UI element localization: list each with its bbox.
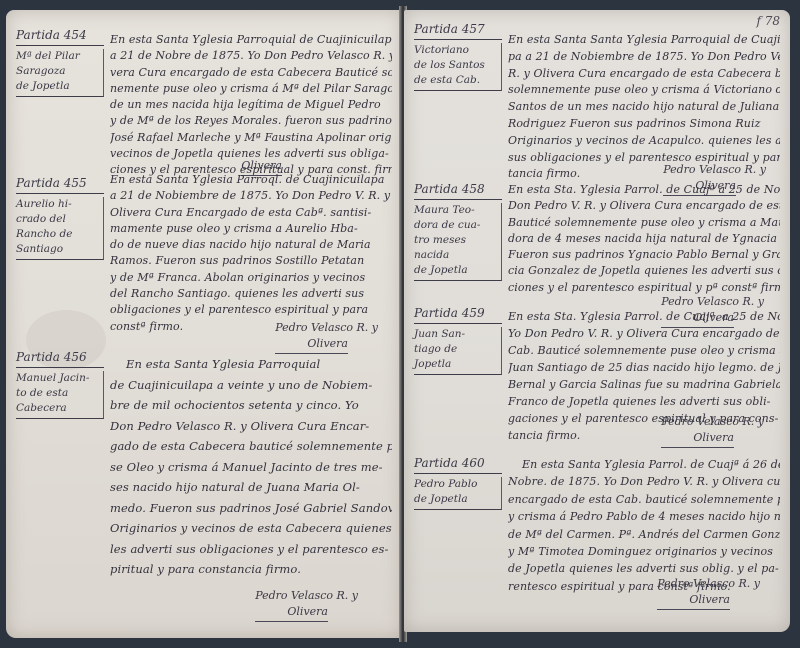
text-line: do de nueve dias nacido hijo natural de …: [110, 237, 392, 253]
signature-surname: Olivera: [255, 604, 328, 622]
signature-surname: Olivera: [275, 336, 348, 354]
text-line: obligaciones y el parentesco espiritual …: [110, 302, 392, 318]
text-line: de Mª del Carmen. Pª. Andrés del Carmen …: [508, 526, 780, 543]
text-line: Cab. Bauticé solemnemente puse oleo y cr…: [508, 342, 780, 359]
text-line: y crisma á Pedro Pablo de 4 meses nacido…: [508, 508, 780, 525]
text-line: Rodriguez Fueron sus padrinos Simona Rui…: [508, 116, 780, 133]
text-line: Bernal y Garcia Salinas fue su madrina G…: [508, 376, 780, 393]
text-line: Originarios y vecinos de esta Cabecera q…: [110, 518, 392, 539]
baptized-name: Aurelio hi- crado del Rancho de Santiago: [16, 197, 104, 260]
signature-name: Pedro Velasco R. y: [255, 589, 358, 602]
entry-text: En esta Santa Santa Yglesia Parroquial d…: [508, 32, 780, 183]
text-line: En esta Santa Santa Yglesia Parroquial d…: [508, 32, 780, 49]
partida-number: Partida 457: [414, 22, 502, 40]
text-line: En esta Sta. Yglesia Parrol. de Cuajª. a…: [508, 308, 780, 325]
baptized-name: Juan San- tiago de Jopetla: [414, 327, 502, 375]
entry-margin-note: Partida 458 Maura Teo- dora de cua- tro …: [414, 182, 502, 281]
text-line: Ramos. Fueron sus padrinos Sostillo Peta…: [110, 253, 392, 269]
folio-number: f 78: [756, 14, 780, 28]
text-line: a 21 de Nobre de 1875. Yo Don Pedro Vela…: [110, 48, 392, 64]
name-line: to de esta: [16, 387, 68, 399]
entry-margin-note: Partida 459 Juan San- tiago de Jopetla: [414, 306, 502, 375]
text-line: gado de esta Cabecera bauticé solemnemen…: [110, 436, 392, 457]
name-line: tiago de: [414, 343, 457, 355]
entry-text: En esta Santa Yglesia Parroquial de Cuaj…: [110, 354, 392, 580]
text-line: En esta Santa Yglesia Parroquial de Cuaj…: [110, 32, 392, 48]
partida-number: Partida 460: [414, 456, 502, 474]
text-line: nemente puse oleo y crisma á Mª del Pila…: [110, 81, 392, 97]
text-line: mamente puse oleo y crisma a Aurelio Hba…: [110, 221, 392, 237]
baptized-name: Victoriano de los Santos de esta Cab.: [414, 43, 502, 91]
name-line: Victoriano: [414, 44, 469, 56]
text-line: Bauticé solemnemente puse oleo y crisma …: [508, 215, 780, 231]
priest-signature: Pedro Velasco R. y Olivera: [657, 576, 760, 610]
entry-margin-note: Partida 455 Aurelio hi- crado del Rancho…: [16, 176, 104, 260]
partida-number: Partida 459: [414, 306, 502, 324]
name-line: de Jopetla: [414, 264, 468, 276]
name-line: tro meses nacida: [414, 234, 466, 261]
text-line: del Rancho Santiago. quienes les adverti…: [110, 286, 392, 302]
text-line: piritual y para constancia firmo.: [110, 559, 392, 580]
priest-signature: Pedro Velasco R. y Olivera: [255, 588, 358, 622]
name-line: Mª del Pilar: [16, 50, 80, 62]
text-line: R. y Olivera Cura encargado de esta Cabe…: [508, 66, 780, 83]
text-line: y de Mª de los Reyes Morales. fueron sus…: [110, 113, 392, 129]
text-line: En esta Santa Yglesia Parrol. de Cuajª á…: [508, 456, 780, 473]
name-line: Maura Teo-: [414, 204, 475, 216]
name-line: Rancho de: [16, 228, 72, 240]
entry-text: En esta Santa Yglesia Parroql. de Cuajin…: [110, 172, 392, 335]
name-line: de esta Cab.: [414, 74, 480, 86]
text-line: se Oleo y crisma á Manuel Jacinto de tre…: [110, 457, 392, 478]
text-line: cia Gonzalez de Jopetla quienes les adve…: [508, 263, 780, 279]
text-line: vera Cura encargado de esta Cabecera Bau…: [110, 65, 392, 81]
text-line: Santos de un mes nacido hijo natural de …: [508, 99, 780, 116]
text-line: pa a 21 de Nobiembre de 1875. Yo Don Ped…: [508, 49, 780, 66]
entry-margin-note: Partida 456 Manuel Jacin- to de esta Cab…: [16, 350, 104, 419]
name-line: dora de cua-: [414, 219, 480, 231]
partida-number: Partida 455: [16, 176, 104, 194]
text-line: Franco de Jopetla quienes les adverti su…: [508, 393, 780, 410]
entry-text: En esta Santa Yglesia Parrol. de Cuajª á…: [508, 456, 780, 595]
name-line: de Jopetla: [16, 80, 70, 92]
text-line: En esta Santa Yglesia Parroql. de Cuajin…: [110, 172, 392, 188]
name-line: Saragoza: [16, 65, 66, 77]
baptized-name: Manuel Jacin- to de esta Cabecera: [16, 371, 104, 419]
name-line: Juan San-: [414, 328, 465, 340]
text-line: Don Pedro V. R. y Olivera Cura encargado…: [508, 198, 780, 214]
priest-signature: Pedro Velasco R. y Olivera: [661, 414, 764, 448]
signature-name: Pedro Velasco R. y: [661, 415, 764, 428]
partida-number: Partida 456: [16, 350, 104, 368]
text-line: de Cuajinicuilapa a veinte y uno de Nobi…: [110, 375, 392, 396]
text-line: Originarios y vecinos de Acapulco. quien…: [508, 133, 780, 150]
left-page: Partida 454 Mª del Pilar Saragoza de Jop…: [6, 10, 402, 638]
text-line: Yo Don Pedro V. R. y Olivera Cura encarg…: [508, 325, 780, 342]
name-line: crado del: [16, 213, 66, 225]
text-line: Olivera Cura Encargado de esta Cabª. san…: [110, 205, 392, 221]
baptized-name: Mª del Pilar Saragoza de Jopetla: [16, 49, 104, 97]
name-line: de Jopetla: [414, 493, 468, 505]
text-line: de un mes nacida hija legítima de Miguel…: [110, 97, 392, 113]
signature-surname: Olivera: [661, 430, 734, 448]
entry-text: En esta Sta. Yglesia Parrol. de Cuajª a …: [508, 182, 780, 296]
signature-name: Pedro Velasco R. y: [663, 163, 766, 176]
entry-text: En esta Santa Yglesia Parroquial de Cuaj…: [110, 32, 392, 179]
entry-margin-note: Partida 457 Victoriano de los Santos de …: [414, 22, 502, 91]
name-line: Santiago: [16, 243, 63, 255]
text-line: Nobre. de 1875. Yo Don Pedro V. R. y Oli…: [508, 473, 780, 490]
entry-margin-note: Partida 460 Pedro Pablo de Jopetla: [414, 456, 502, 510]
text-line: medo. Fueron sus padrinos José Gabriel S…: [110, 498, 392, 519]
text-line: a 21 de Nobiembre de 1875. Yo Don Pedro …: [110, 188, 392, 204]
signature-name: Pedro Velasco R. y: [661, 295, 764, 308]
right-page: f 78 Partida 457 Victoriano de los Santo…: [404, 10, 790, 632]
name-line: Cabecera: [16, 402, 67, 414]
baptized-name: Maura Teo- dora de cua- tro meses nacida…: [414, 203, 502, 281]
text-line: En esta Santa Yglesia Parroquial: [110, 354, 392, 375]
entry-margin-note: Partida 454 Mª del Pilar Saragoza de Jop…: [16, 28, 104, 97]
text-line: les adverti sus obligaciones y el parent…: [110, 539, 392, 560]
signature-name: Pedro Velasco R. y: [275, 321, 378, 334]
text-line: dora de 4 meses nacida hija natural de Y…: [508, 231, 780, 247]
register-book: Partida 454 Mª del Pilar Saragoza de Jop…: [0, 0, 800, 648]
partida-number: Partida 454: [16, 28, 104, 46]
text-line: Don Pedro Velasco R. y Olivera Cura Enca…: [110, 416, 392, 437]
text-line: Fueron sus padrinos Ygnacio Pablo Bernal…: [508, 247, 780, 263]
text-line: ses nacido hijo natural de Juana Maria O…: [110, 477, 392, 498]
signature-name: Pedro Velasco R. y: [657, 577, 760, 590]
name-line: Manuel Jacin-: [16, 372, 89, 384]
partida-number: Partida 458: [414, 182, 502, 200]
text-line: y de Mª Franca. Abolan originarios y vec…: [110, 270, 392, 286]
text-line: y Mª Timotea Dominguez originarios y vec…: [508, 543, 780, 560]
text-line: Juan Santiago de 25 dias nacido hijo leg…: [508, 359, 780, 376]
text-line: bre de mil ochocientos setenta y cinco. …: [110, 395, 392, 416]
name-line: Jopetla: [414, 358, 451, 370]
name-line: Pedro Pablo: [414, 478, 477, 490]
text-line: encargado de esta Cab. bauticé solemneme…: [508, 491, 780, 508]
signature-surname: Olivera: [657, 592, 730, 610]
text-line: solemnemente puse oleo y crisma á Victor…: [508, 82, 780, 99]
priest-signature: Pedro Velasco R. y Olivera: [275, 320, 378, 354]
baptized-name: Pedro Pablo de Jopetla: [414, 477, 502, 510]
text-line: En esta Sta. Yglesia Parrol. de Cuajª a …: [508, 182, 780, 198]
name-line: de los Santos: [414, 59, 485, 71]
text-line: José Rafael Marleche y Mª Faustina Apoli…: [110, 130, 392, 146]
name-line: Aurelio hi-: [16, 198, 72, 210]
